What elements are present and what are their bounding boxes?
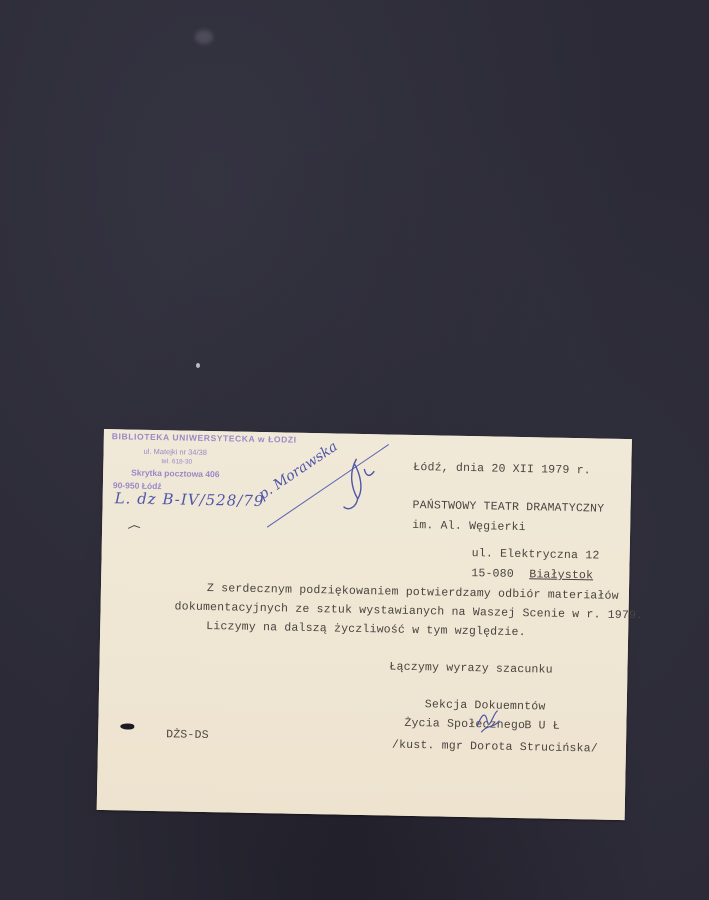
body-line-2: dokumentacyjnych ze sztuk wystawianych n… — [174, 600, 643, 622]
background-speck — [196, 363, 200, 368]
background-smudge — [195, 30, 213, 44]
stamp-line-2: ul. Matejki nr 34/38 — [143, 447, 207, 457]
signature-scribble-icon — [473, 706, 504, 737]
stamp-line-4: Skrytka pocztowa 406 — [131, 468, 220, 480]
closing: Łączymy wyrazy szacunku — [389, 661, 553, 677]
signature-name: /kust. mgr Dorota Strucińska/ — [392, 739, 598, 756]
ink-blot — [120, 723, 134, 729]
reference-code: DŻS-DS — [166, 728, 209, 742]
recipient-line-2: im. Al. Węgierki — [412, 519, 526, 534]
handwritten-initials-icon — [337, 449, 388, 520]
letter-paper: BIBLIOTEKA UNIWERSYTECKA w ŁODZI ul. Mat… — [97, 429, 632, 820]
stamp-line-3: tel. 618-30 — [161, 458, 192, 466]
signature-org: B U Ł — [524, 719, 560, 733]
pencil-mark-icon — [126, 522, 146, 532]
recipient-line-1: PAŃSTWOWY TEATR DRAMATYCZNY — [412, 499, 604, 516]
recipient-postcode: 15-080 — [471, 567, 514, 581]
handwritten-annotation: p. Morawska — [256, 439, 341, 503]
recipient-street: ul. Elektryczna 12 — [472, 547, 600, 562]
place-date: Łódź, dnia 20 XII 1979 r. — [413, 461, 591, 477]
handwritten-reference-number: L. dz B-IV/528/79 — [115, 489, 265, 510]
body-line-1: Z serdecznym podziękowaniem potwierdzamy… — [207, 582, 619, 603]
recipient-city: Białystok — [529, 568, 593, 582]
stamp-line-1: BIBLIOTEKA UNIWERSYTECKA w ŁODZI — [112, 431, 297, 445]
signature-line-2: Życia Społecznego — [404, 717, 525, 732]
body-line-3: Liczymy na dalszą życzliwość w tym wzglę… — [206, 620, 526, 639]
